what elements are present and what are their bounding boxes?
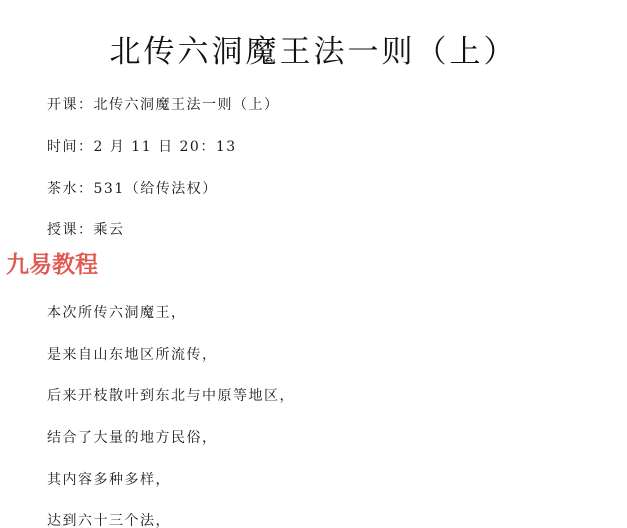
meta-course: 开课：北传六洞魔王法一则（上） [47, 96, 280, 114]
meta-fee-value: 531（给传法权） [94, 181, 218, 197]
meta-teacher: 授课：乘云 [47, 221, 125, 239]
meta-course-value: 北传六洞魔王法一则（上） [94, 97, 280, 113]
meta-course-label: 开课： [47, 97, 94, 113]
watermark-logo: 九易教程 [6, 250, 98, 280]
body-line: 其内容多种多样， [47, 471, 171, 489]
body-line: 结合了大量的地方民俗， [47, 429, 218, 447]
document-page: 北传六洞魔王法一则（上） 开课：北传六洞魔王法一则（上） 时间：2 月 11 日… [0, 0, 627, 528]
document-title: 北传六洞魔王法一则（上） [0, 30, 627, 74]
body-line: 达到六十三个法， [47, 512, 171, 528]
meta-teacher-value: 乘云 [94, 222, 125, 238]
meta-time-value: 2 月 11 日 20：13 [94, 139, 237, 155]
body-line: 本次所传六洞魔王， [47, 304, 187, 322]
meta-time: 时间：2 月 11 日 20：13 [47, 138, 237, 156]
body-line: 是来自山东地区所流传， [47, 346, 218, 364]
body-line: 后来开枝散叶到东北与中原等地区， [47, 387, 295, 405]
meta-time-label: 时间： [47, 139, 94, 155]
meta-teacher-label: 授课： [47, 222, 94, 238]
meta-fee-label: 茶水： [47, 181, 94, 197]
meta-fee: 茶水：531（给传法权） [47, 180, 218, 198]
